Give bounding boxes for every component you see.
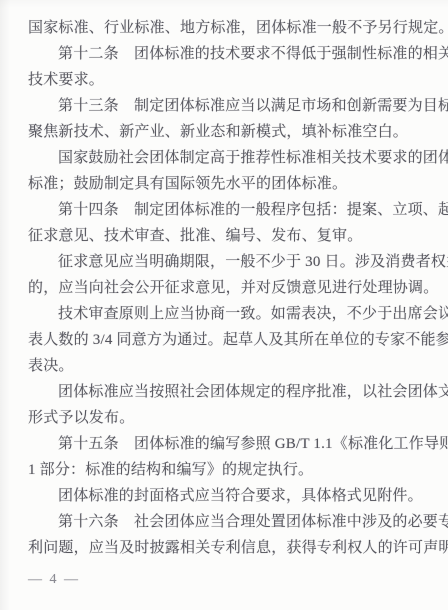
text-line: 第十二条 团体标准的技术要求不得低于强制性标准的相关 <box>28 41 428 67</box>
text-line: 第十三条 制定团体标准应当以满足市场和创新需要为目标， <box>28 93 428 119</box>
text-line: 第十六条 社会团体应当合理处置团体标准中涉及的必要专 <box>28 509 428 535</box>
text-line: 技术要求。 <box>28 67 428 93</box>
text-line: 第十四条 制定团体标准的一般程序包括：提案、立项、起草、 <box>28 197 428 223</box>
page-number: — 4 — <box>28 569 428 591</box>
document-page: 国家标准、行业标准、地方标准，团体标准一般不予另行规定。 第十二条 团体标准的技… <box>0 0 448 610</box>
text-line: 征求意见应当明确期限，一般不少于 30 日。涉及消费者权益 <box>28 249 428 275</box>
text-line: 征求意见、技术审查、批准、编号、发布、复审。 <box>28 223 428 249</box>
text-line: 国家标准、行业标准、地方标准，团体标准一般不予另行规定。 <box>28 15 428 41</box>
text-line: 聚焦新技术、新产业、新业态和新模式，填补标准空白。 <box>28 119 428 145</box>
text-line: 标准；鼓励制定具有国际领先水平的团体标准。 <box>28 171 428 197</box>
text-line: 表决。 <box>28 353 428 379</box>
text-line: 表人数的 3/4 同意方为通过。起草人及其所在单位的专家不能参加 <box>28 327 428 353</box>
text-line: 利问题，应当及时披露相关专利信息，获得专利权人的许可声明。 <box>28 535 428 561</box>
text-line: 1 部分：标准的结构和编写》的规定执行。 <box>28 457 428 483</box>
text-line: 形式予以发布。 <box>28 405 428 431</box>
text-line: 第十五条 团体标准的编写参照 GB/T 1.1《标准化工作导则 第 <box>28 431 428 457</box>
text-line: 技术审查原则上应当协商一致。如需表决，不少于出席会议代 <box>28 301 428 327</box>
document-text-block: 国家标准、行业标准、地方标准，团体标准一般不予另行规定。 第十二条 团体标准的技… <box>28 15 428 561</box>
text-line: 团体标准应当按照社会团体规定的程序批准，以社会团体文件 <box>28 379 428 405</box>
text-line: 的，应当向社会公开征求意见，并对反馈意见进行处理协调。 <box>28 275 428 301</box>
text-line: 团体标准的封面格式应当符合要求，具体格式见附件。 <box>28 483 428 509</box>
text-line: 国家鼓励社会团体制定高于推荐性标准相关技术要求的团体 <box>28 145 428 171</box>
